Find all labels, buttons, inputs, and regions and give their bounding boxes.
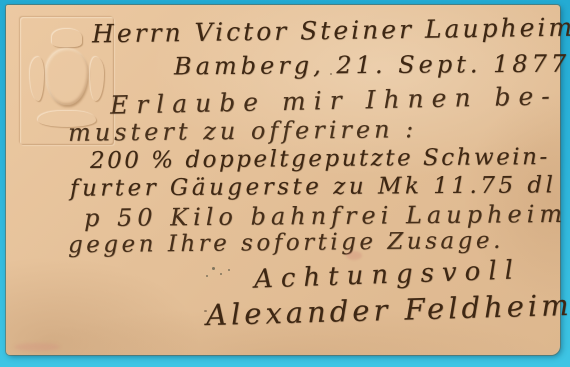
signature-line: Alexander Feldheim: [206, 288, 570, 332]
closing-line: Achtungsvoll: [254, 255, 522, 294]
message-line-4: furter Gäugerste zu Mk 11.75 dl: [70, 172, 557, 201]
scanner-background: Herrn Victor Steiner Laupheim Bamberg, 2…: [0, 0, 570, 367]
message-line-6: gegen Ihre sofortige Zusage.: [68, 228, 504, 259]
place-date-line: Bamberg, 21. Sept. 1877: [174, 50, 570, 81]
paper-speck: [212, 267, 215, 270]
paper-speck: [220, 273, 222, 275]
message-line-3: 200 % doppeltgeputzte Schwein-: [90, 144, 550, 174]
crest-supporter-left-icon: [30, 57, 44, 101]
paper-speck: [206, 275, 208, 277]
recipient-line: Herrn Victor Steiner Laupheim: [92, 13, 570, 49]
paper-speck: [204, 310, 207, 312]
edge-stain: [14, 343, 60, 351]
crest-crown-icon: [52, 29, 82, 47]
crest-shield-icon: [46, 49, 88, 105]
paper-speck: [330, 73, 332, 75]
message-line-1: Erlaube mir Ihnen be-: [110, 81, 558, 119]
crest-supporter-right-icon: [90, 57, 104, 101]
paper-speck: [228, 269, 230, 271]
postcard-paper: Herrn Victor Steiner Laupheim Bamberg, 2…: [6, 5, 560, 355]
message-line-2: mustert zu offeriren :: [68, 115, 418, 147]
